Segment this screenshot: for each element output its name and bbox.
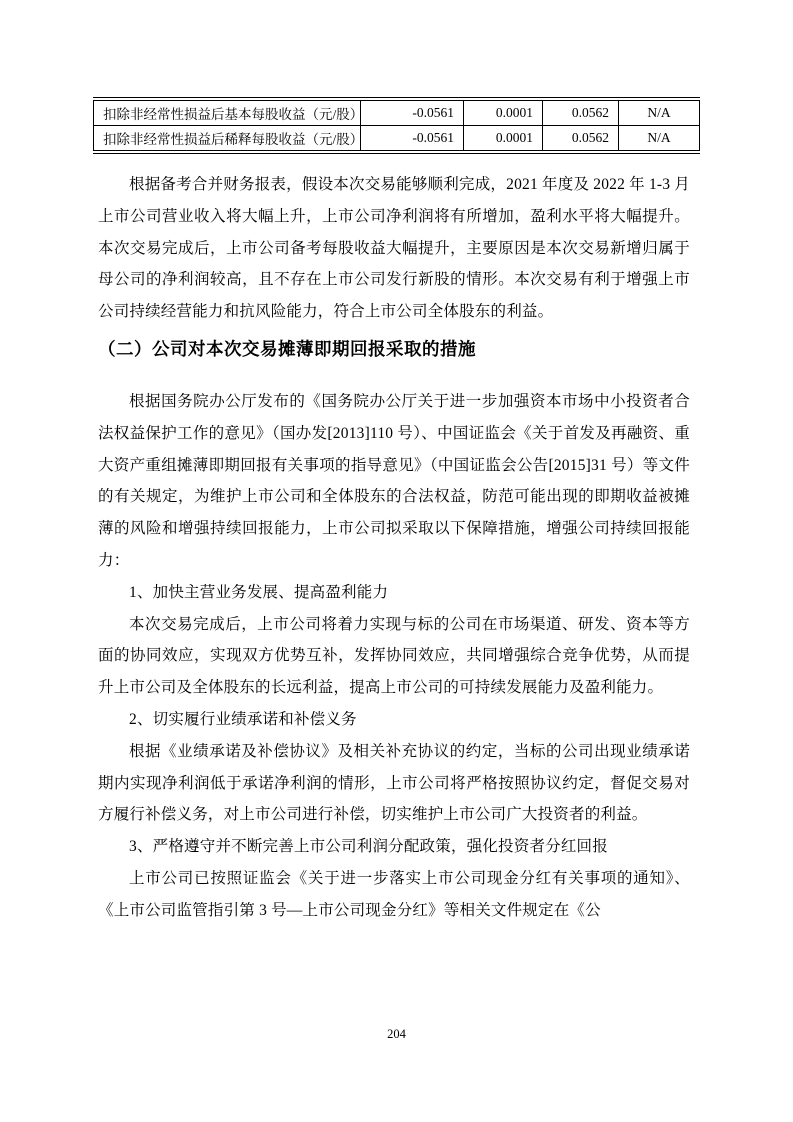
table-row: 扣除非经常性损益后基本每股收益（元/股） -0.0561 0.0001 0.05… [94,99,700,126]
cell-value: N/A [619,99,700,126]
cell-value: 0.0562 [543,126,619,153]
cell-value: 0.0562 [543,99,619,126]
cell-value: -0.0561 [361,99,464,126]
item-body-1: 本次交易完成后，上市公司将着力实现与标的公司在市场渠道、研发、资本等方面的协同效… [98,609,690,704]
paragraph-proforma-summary: 根据备考合并财务报表，假设本次交易能够顺利完成，2021 年度及 2022 年 … [98,169,690,328]
row-label-basic-eps: 扣除非经常性损益后基本每股收益（元/股） [94,99,361,126]
item-title-2: 2、切实履行业绩承诺和补偿义务 [98,704,690,736]
item-body-2: 根据《业绩承诺及补偿协议》及相关补充协议的约定，当标的公司出现业绩承诺期内实现净… [98,736,690,831]
document-page: 扣除非经常性损益后基本每股收益（元/股） -0.0561 0.0001 0.05… [0,0,793,1122]
table-row: 扣除非经常性损益后稀释每股收益（元/股） -0.0561 0.0001 0.05… [94,126,700,153]
page-number: 204 [0,1026,793,1042]
row-label-diluted-eps: 扣除非经常性损益后稀释每股收益（元/股） [94,126,361,153]
paragraph-regulation-basis: 根据国务院办公厅发布的《国务院办公厅关于进一步加强资本市场中小投资者合法权益保护… [98,386,690,577]
item-title-1: 1、加快主营业务发展、提高盈利能力 [98,577,690,609]
eps-comparison-table: 扣除非经常性损益后基本每股收益（元/股） -0.0561 0.0001 0.05… [93,97,700,154]
section-heading-measures: （二）公司对本次交易摊薄即期回报采取的措施 [98,336,690,362]
cell-value: 0.0001 [464,126,543,153]
cell-value: -0.0561 [361,126,464,153]
document-content: 扣除非经常性损益后基本每股收益（元/股） -0.0561 0.0001 0.05… [98,97,690,927]
cell-value: N/A [619,126,700,153]
item-body-3: 上市公司已按照证监会《关于进一步落实上市公司现金分红有关事项的通知》、《上市公司… [98,863,690,927]
item-title-3: 3、严格遵守并不断完善上市公司利润分配政策，强化投资者分红回报 [98,831,690,863]
cell-value: 0.0001 [464,99,543,126]
